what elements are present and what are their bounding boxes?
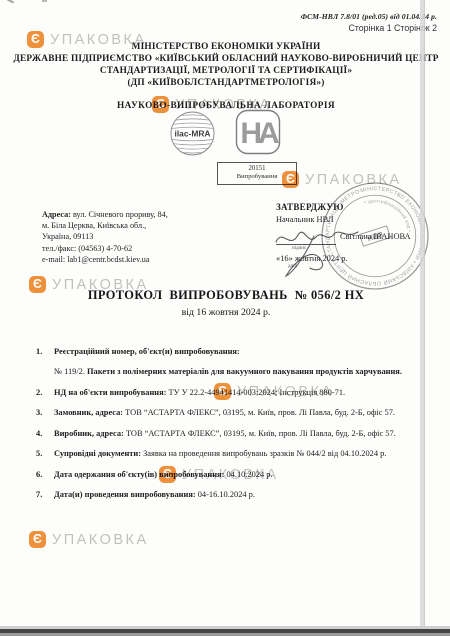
page-counter: Сторінка 1 Сторінок 2 xyxy=(301,23,437,33)
address-phone: тел./факс: (04563) 4-70-62 xyxy=(42,243,168,254)
item-1-number: 1. xyxy=(36,346,54,357)
protocol-date: від 16 жовтня 2024 р. xyxy=(6,307,446,318)
item-2-number: 2. xyxy=(36,387,54,398)
scan-artifact xyxy=(7,0,14,4)
item-5-label: Супровідні документи: xyxy=(54,449,141,458)
item-5-number: 5. xyxy=(36,448,54,459)
ministry-header: МІНІСТЕРСТВО ЕКОНОМІКИ УКРАЇНИ ДЕРЖАВНЕ … xyxy=(6,41,446,112)
item-6-number: 6. xyxy=(36,469,54,480)
item-7-label: Дата(и) проведення випробовування: xyxy=(54,490,196,499)
naau-monogram: НА xyxy=(240,117,279,150)
address-line3: Україна, 09113 xyxy=(42,231,168,242)
item-7: 7. Дата(и) проведення випробовування: 04… xyxy=(36,489,444,500)
ministry-line1: МІНІСТЕРСТВО ЕКОНОМІКИ УКРАЇНИ xyxy=(6,41,446,53)
form-reference-block: ФСМ-НВЛ 7.8/01 (ред.05) від 01.04.24 р. … xyxy=(301,12,437,33)
ministry-line2: ДЕРЖАВНЕ ПІДПРИЄМСТВО «КИЇВСЬКИЙ ОБЛАСНИ… xyxy=(6,53,446,65)
item-1-reg-number: № 119/2. xyxy=(54,367,85,376)
item-3-label: Замовник, адреса: xyxy=(54,408,123,417)
accreditation-scope: Випробування xyxy=(218,173,296,181)
item-4-number: 4. xyxy=(36,428,54,439)
scan-fold-line-dark xyxy=(424,0,425,629)
ilac-mra-logo-icon: ilac-MRA xyxy=(170,111,215,156)
item-4-label: Виробник, адреса: xyxy=(54,429,124,438)
scan-artifact xyxy=(42,0,47,2)
protocol-items: 1. Реєстраційний номер, об'єкт(и) випроб… xyxy=(36,346,444,510)
item-2: 2. НД на об'єкти випробування: ТУ У 22.2… xyxy=(36,387,444,398)
naau-logo-icon: НА xyxy=(235,109,281,155)
item-1: 1. Реєстраційний номер, об'єкт(и) випроб… xyxy=(36,346,444,357)
scanned-protocol-page: ФСМ-НВЛ 7.8/01 (ред.05) від 01.04.24 р. … xyxy=(0,0,450,636)
address-block: Адреса: вул. Січневого прориву, 84, м. Б… xyxy=(42,209,168,265)
item-2-value: ТУ У 22.2-44941414-003:2024; Інструкція … xyxy=(169,388,346,397)
item-1-value-row: № 119/2. Пакети з полімерних матеріалів … xyxy=(36,366,444,377)
item-6-value: 04.10.2024 р. xyxy=(226,470,272,479)
signature-caption: підпис xyxy=(292,246,306,251)
item-3-value: ТОВ “АСТАРТА ФЛЕКС”, 03195, м. Київ, про… xyxy=(125,408,395,417)
item-7-value: 04-16.10.2024 р. xyxy=(198,490,255,499)
watermark: Є УПАКОВКА xyxy=(29,531,149,548)
address-line1: вул. Січневого прориву, 84, xyxy=(73,210,168,219)
accreditation-box: 20151 Випробування xyxy=(217,162,297,185)
address-label: Адреса: xyxy=(42,210,71,219)
form-ref-code: ФСМ-НВЛ 7.8/01 (ред.05) від 01.04.24 р. xyxy=(301,12,437,21)
ilac-mra-text: ilac-MRA xyxy=(175,128,211,138)
laboratory-name: НАУКОВО-ВИПРОБУВАЛЬНА ЛАБОРАТОРІЯ xyxy=(6,100,446,112)
item-4: 4. Виробник, адреса: ТОВ “АСТАРТА ФЛЕКС”… xyxy=(36,428,444,439)
ministry-line4: (ДП «КИЇВОБЛСТАНДАРТМЕТРОЛОГІЯ») xyxy=(6,77,446,89)
item-6-label: Дата одержання об'єкту(ів) випробовуванн… xyxy=(54,470,224,479)
ministry-line3: СТАНДАРТИЗАЦІЇ, МЕТРОЛОГІЇ ТА СЕРТИФІКАЦ… xyxy=(6,65,446,77)
upakovka-logo-icon: Є xyxy=(29,531,46,548)
item-1-object: Пакети з полімерних матеріалів для вакуу… xyxy=(87,367,402,376)
item-3-number: 3. xyxy=(36,407,54,418)
item-5: 5. Супровідні документи: Заявка на прове… xyxy=(36,448,444,459)
address-line2: м. Біла Церква, Київська обл., xyxy=(42,220,168,231)
item-1-label: Реєстраційний номер, об'єкт(и) випробову… xyxy=(54,347,240,356)
address-email: e-mail: lab1@centr.bcdst.kiev.ua xyxy=(42,254,168,265)
protocol-title: ПРОТОКОЛ ВИПРОБОВУВАНЬ № 056/2 НХ xyxy=(6,288,446,303)
watermark-text: УПАКОВКА xyxy=(52,532,149,548)
item-4-value: ТОВ “АСТАРТА ФЛЕКС”, 03195, м. Київ, про… xyxy=(126,429,396,438)
round-stamp: МІНІСТЕРСТВО ЕКОНОМІКИ УКРАЇНИ • КИЇВСЬК… xyxy=(302,165,449,308)
item-6: 6. Дата одержання об'єкту(ів) випробовув… xyxy=(36,469,444,480)
item-5-value: Заявка на проведення випробувань зразків… xyxy=(143,449,386,458)
item-7-number: 7. xyxy=(36,489,54,500)
accreditation-number: 20151 xyxy=(218,165,296,173)
document-title-block: ПРОТОКОЛ ВИПРОБОВУВАНЬ № 056/2 НХ від 16… xyxy=(6,288,446,318)
item-2-label: НД на об'єкти випробування: xyxy=(54,388,166,397)
item-3: 3. Замовник, адреса: ТОВ “АСТАРТА ФЛЕКС”… xyxy=(36,407,444,418)
